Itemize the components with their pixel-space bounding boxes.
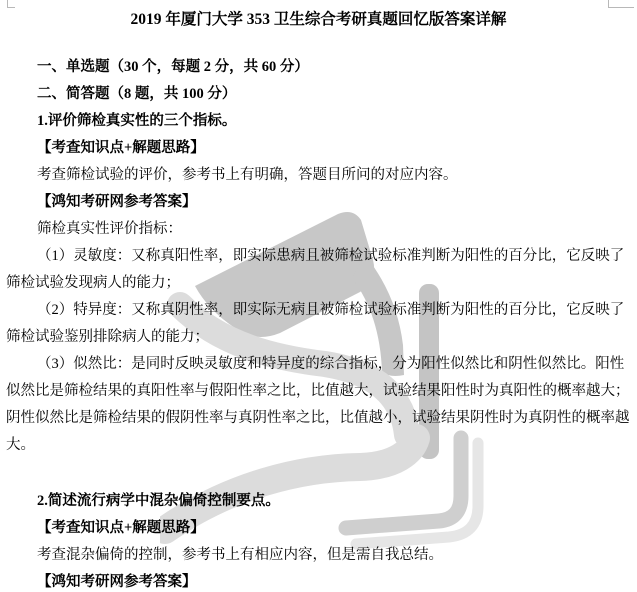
page-title: 2019 年厦门大学 353 卫生综合考研真题回忆版答案详解 xyxy=(0,0,637,30)
text-line: 筛检试验发现病人的能力； xyxy=(6,270,631,297)
text-line: 一、单选题（30 个，每题 2 分，共 60 分） xyxy=(6,54,631,81)
text-line: （3）似然比：是同时反映灵敏度和特异度的综合指标，分为阳性似然比和阴性似然比。阳… xyxy=(6,351,631,378)
text-line: 筛检试验鉴别排除病人的能力； xyxy=(6,324,631,351)
text-line: 【鸿知考研网参考答案】 xyxy=(6,189,631,216)
document-page: 2019 年厦门大学 353 卫生综合考研真题回忆版答案详解 一、单选题（30 … xyxy=(0,0,637,592)
page-corner-mark-right xyxy=(608,0,634,8)
text-line: 考查混杂偏倚的控制，参考书上有相应内容，但是需自我总结。 xyxy=(6,542,631,569)
text-line: 大。 xyxy=(6,432,631,459)
text-line: 【鸿知考研网参考答案】 xyxy=(6,569,631,592)
text-line: 【考查知识点+解题思路】 xyxy=(6,135,631,162)
text-line: 二、简答题（8 题，共 100 分） xyxy=(6,81,631,108)
text-line: 筛检真实性评价指标： xyxy=(6,216,631,243)
text-line: 考查筛检试验的评价，参考书上有明确，答题目所问的对应内容。 xyxy=(6,162,631,189)
text-line: 阴性似然比是筛检结果的假阴性率与真阴性率之比，比值越小，试验结果阴性时为真阴性的… xyxy=(6,405,631,432)
text-line: （1）灵敏度：又称真阳性率，即实际患病且被筛检试验标准判断为阳性的百分比，它反映… xyxy=(6,243,631,270)
document-body: 一、单选题（30 个，每题 2 分，共 60 分）二、简答题（8 题，共 100… xyxy=(0,54,637,592)
section-gap xyxy=(6,459,631,488)
text-line: 似然比是筛检结果的真阳性率与假阳性率之比，比值越大，试验结果阳性时为真阳性的概率… xyxy=(6,378,631,405)
page-corner-mark-left xyxy=(7,0,15,8)
text-line: 2.简述流行病学中混杂偏倚控制要点。 xyxy=(6,488,631,515)
text-line: 1.评价筛检真实性的三个指标。 xyxy=(6,108,631,135)
text-line: 【考查知识点+解题思路】 xyxy=(6,515,631,542)
text-line: （2）特异度：又称真阴性率，即实际无病且被筛检试验标准判断为阳性的百分比，它反映… xyxy=(6,297,631,324)
